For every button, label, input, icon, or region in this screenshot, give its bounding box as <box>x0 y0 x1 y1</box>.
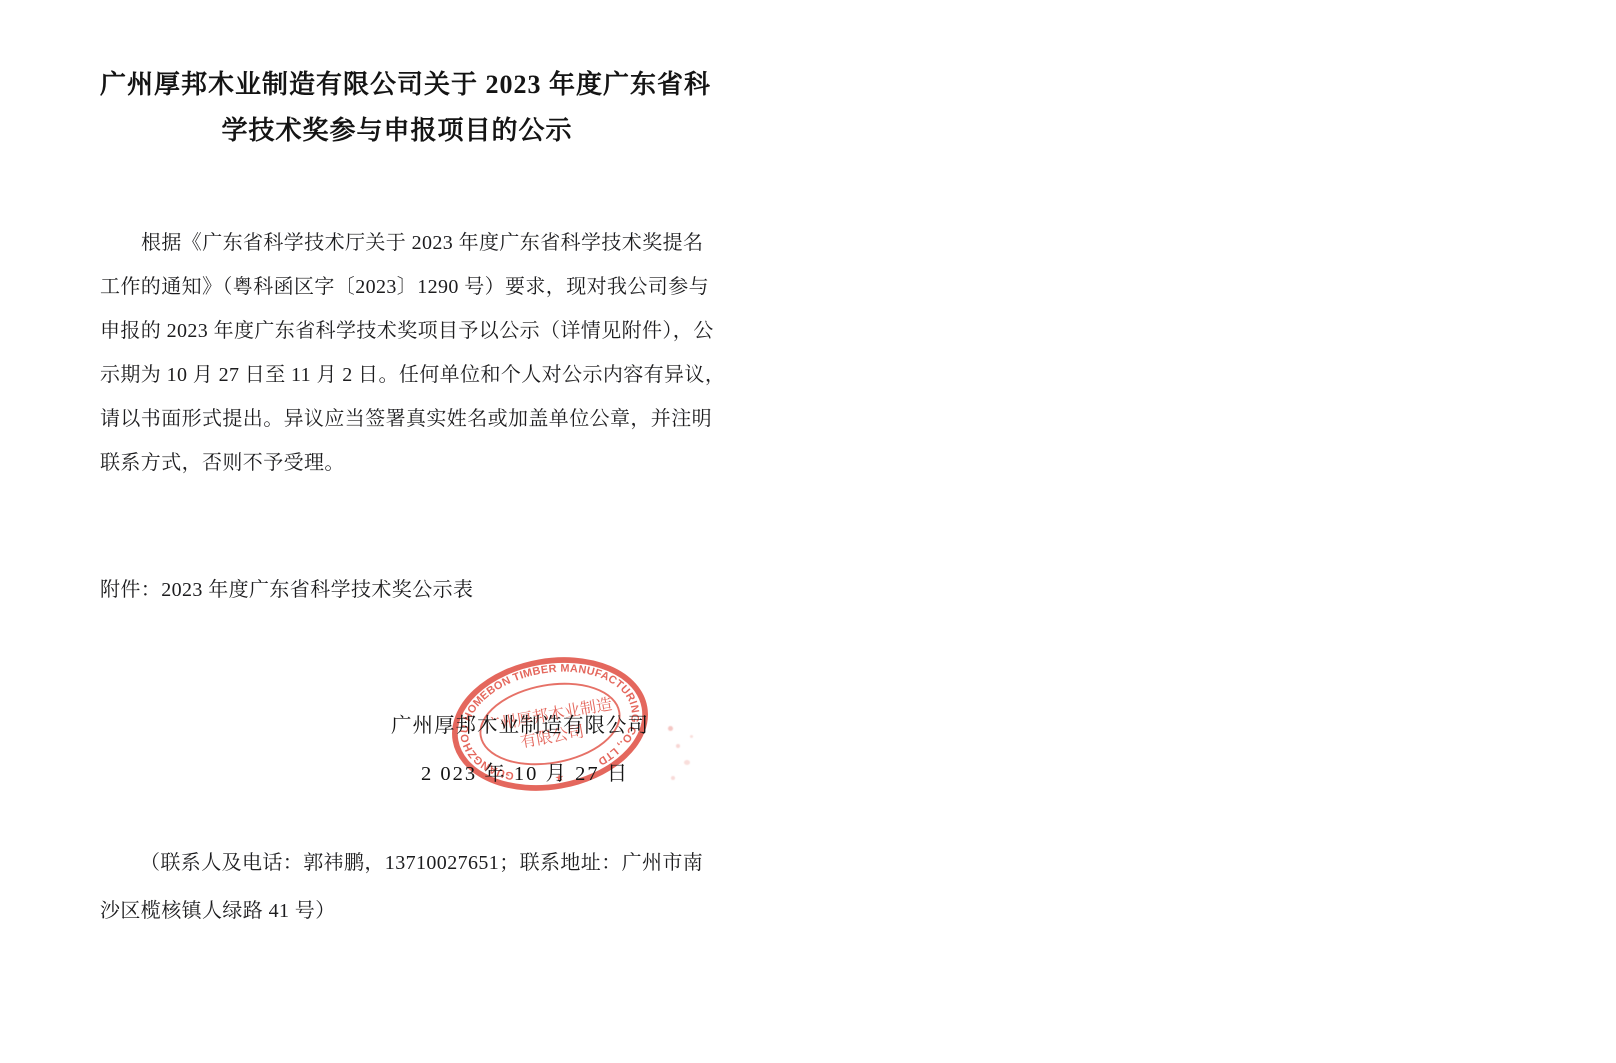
body-line: 请以书面形式提出。异议应当签署真实姓名或加盖单位公章，并注明 <box>100 397 700 441</box>
body-line: 示期为 10 月 27 日至 11 月 2 日。任何单位和个人对公示内容有异议， <box>100 353 700 397</box>
body-line: 根据《广东省科学技术厅关于 2023 年度广东省科学技术奖提名 <box>100 221 700 265</box>
contact-info-line-2: 沙区榄核镇人绿路 41 号） <box>100 896 336 926</box>
ink-speckle <box>676 744 680 748</box>
contact-info-line-1: （联系人及电话：郭祎鹏，13710027651；联系地址：广州市南 <box>140 848 703 878</box>
title-line-2: 学技术奖参与申报项目的公示 <box>100 108 694 154</box>
body-paragraph: 根据《广东省科学技术厅关于 2023 年度广东省科学技术奖提名 工作的通知》（粤… <box>100 221 700 485</box>
title-line-1: 广州厚邦木业制造有限公司关于 2023 年度广东省科 <box>100 62 694 108</box>
ink-speckle <box>690 735 693 738</box>
signature-date: 2 023 年 10 月 27 日 <box>421 760 629 788</box>
scanned-document-page: 广州厚邦木业制造有限公司关于 2023 年度广东省科 学技术奖参与申报项目的公示… <box>0 0 1616 1063</box>
body-line: 工作的通知》（粤科函区字〔2023〕1290 号）要求，现对我公司参与 <box>100 265 700 309</box>
body-line: 联系方式，否则不予受理。 <box>100 441 700 485</box>
ink-speckle <box>684 760 690 765</box>
body-line: 申报的 2023 年度广东省科学技术奖项目予以公示（详情见附件），公 <box>100 309 700 353</box>
document-title: 广州厚邦木业制造有限公司关于 2023 年度广东省科 学技术奖参与申报项目的公示 <box>100 62 694 154</box>
ink-speckle <box>671 776 675 780</box>
ink-speckle <box>668 726 673 731</box>
attachment-line: 附件：2023 年度广东省科学技术奖公示表 <box>100 576 473 604</box>
signature-company-name: 广州厚邦木业制造有限公司 <box>391 712 649 740</box>
